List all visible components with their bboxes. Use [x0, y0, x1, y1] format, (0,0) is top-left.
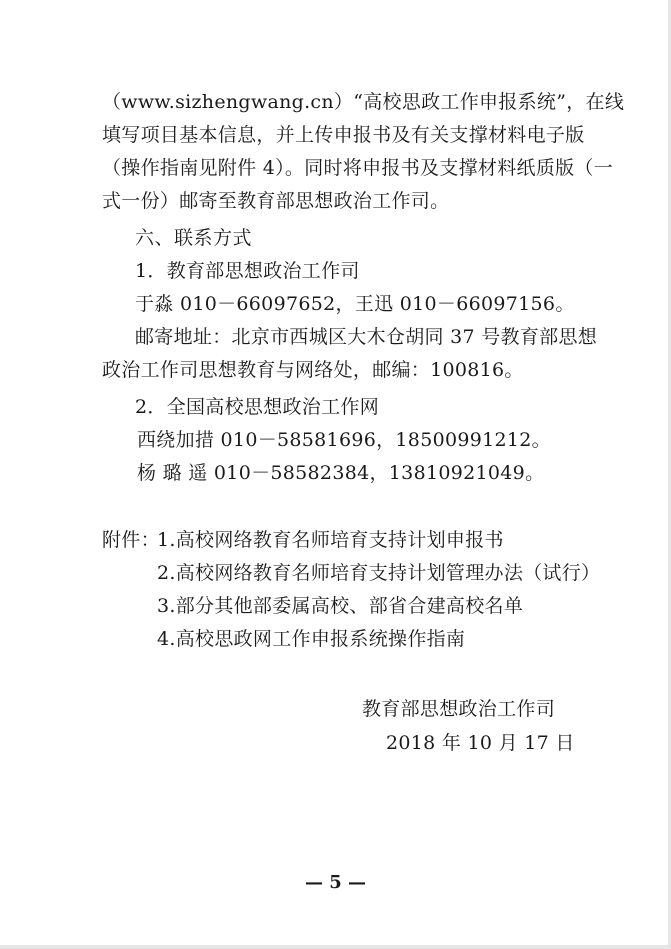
page-number: — 5 — [0, 872, 671, 893]
contact-org1-title: 1．教育部思想政治工作司 [135, 259, 360, 283]
paragraph-line-1: （www.sizhengwang.cn）“高校思政工作申报系统”，在线 [102, 90, 624, 114]
section-heading: 六、联系方式 [135, 226, 252, 250]
document-page: （www.sizhengwang.cn）“高校思政工作申报系统”，在线 填写项目… [0, 0, 671, 949]
attachment-item-4: 4.高校思政网工作申报系统操作指南 [157, 627, 465, 651]
attachment-item-1: 1.高校网络教育名师培育支持计划申报书 [157, 528, 504, 552]
contact-org2-contact2: 杨 璐 遥 010－58582384，13810921049。 [137, 461, 544, 485]
paragraph-line-3: （操作指南见附件 4）。同时将申报书及支撑材料纸质版（一 [102, 156, 613, 180]
contact-org1-phones: 于淼 010－66097652，王迅 010－66097156。 [135, 292, 575, 316]
signature-date: 2018 年 10 月 17 日 [386, 731, 575, 755]
attachment-item-2: 2.高校网络教育名师培育支持计划管理办法（试行） [157, 561, 600, 585]
contact-org2-title: 2．全国高校思想政治工作网 [135, 395, 379, 419]
paragraph-line-4: 式一份）邮寄至教育部思想政治工作司。 [102, 189, 449, 213]
contact-org1-address-line1: 邮寄地址：北京市西城区大木仓胡同 37 号教育部思想 [135, 325, 597, 349]
contact-org1-address-line2: 政治工作司思想教育与网络处，邮编：100816。 [102, 358, 524, 382]
signature-org: 教育部思想政治工作司 [362, 697, 555, 721]
paragraph-line-2: 填写项目基本信息，并上传申报书及有关支撑材料电子版 [102, 123, 585, 147]
attachments-label: 附件： [102, 528, 160, 552]
attachment-item-3: 3.部分其他部委属高校、部省合建高校名单 [157, 594, 523, 618]
contact-org2-contact1: 西绕加措 010－58581696，18500991212。 [137, 428, 551, 452]
